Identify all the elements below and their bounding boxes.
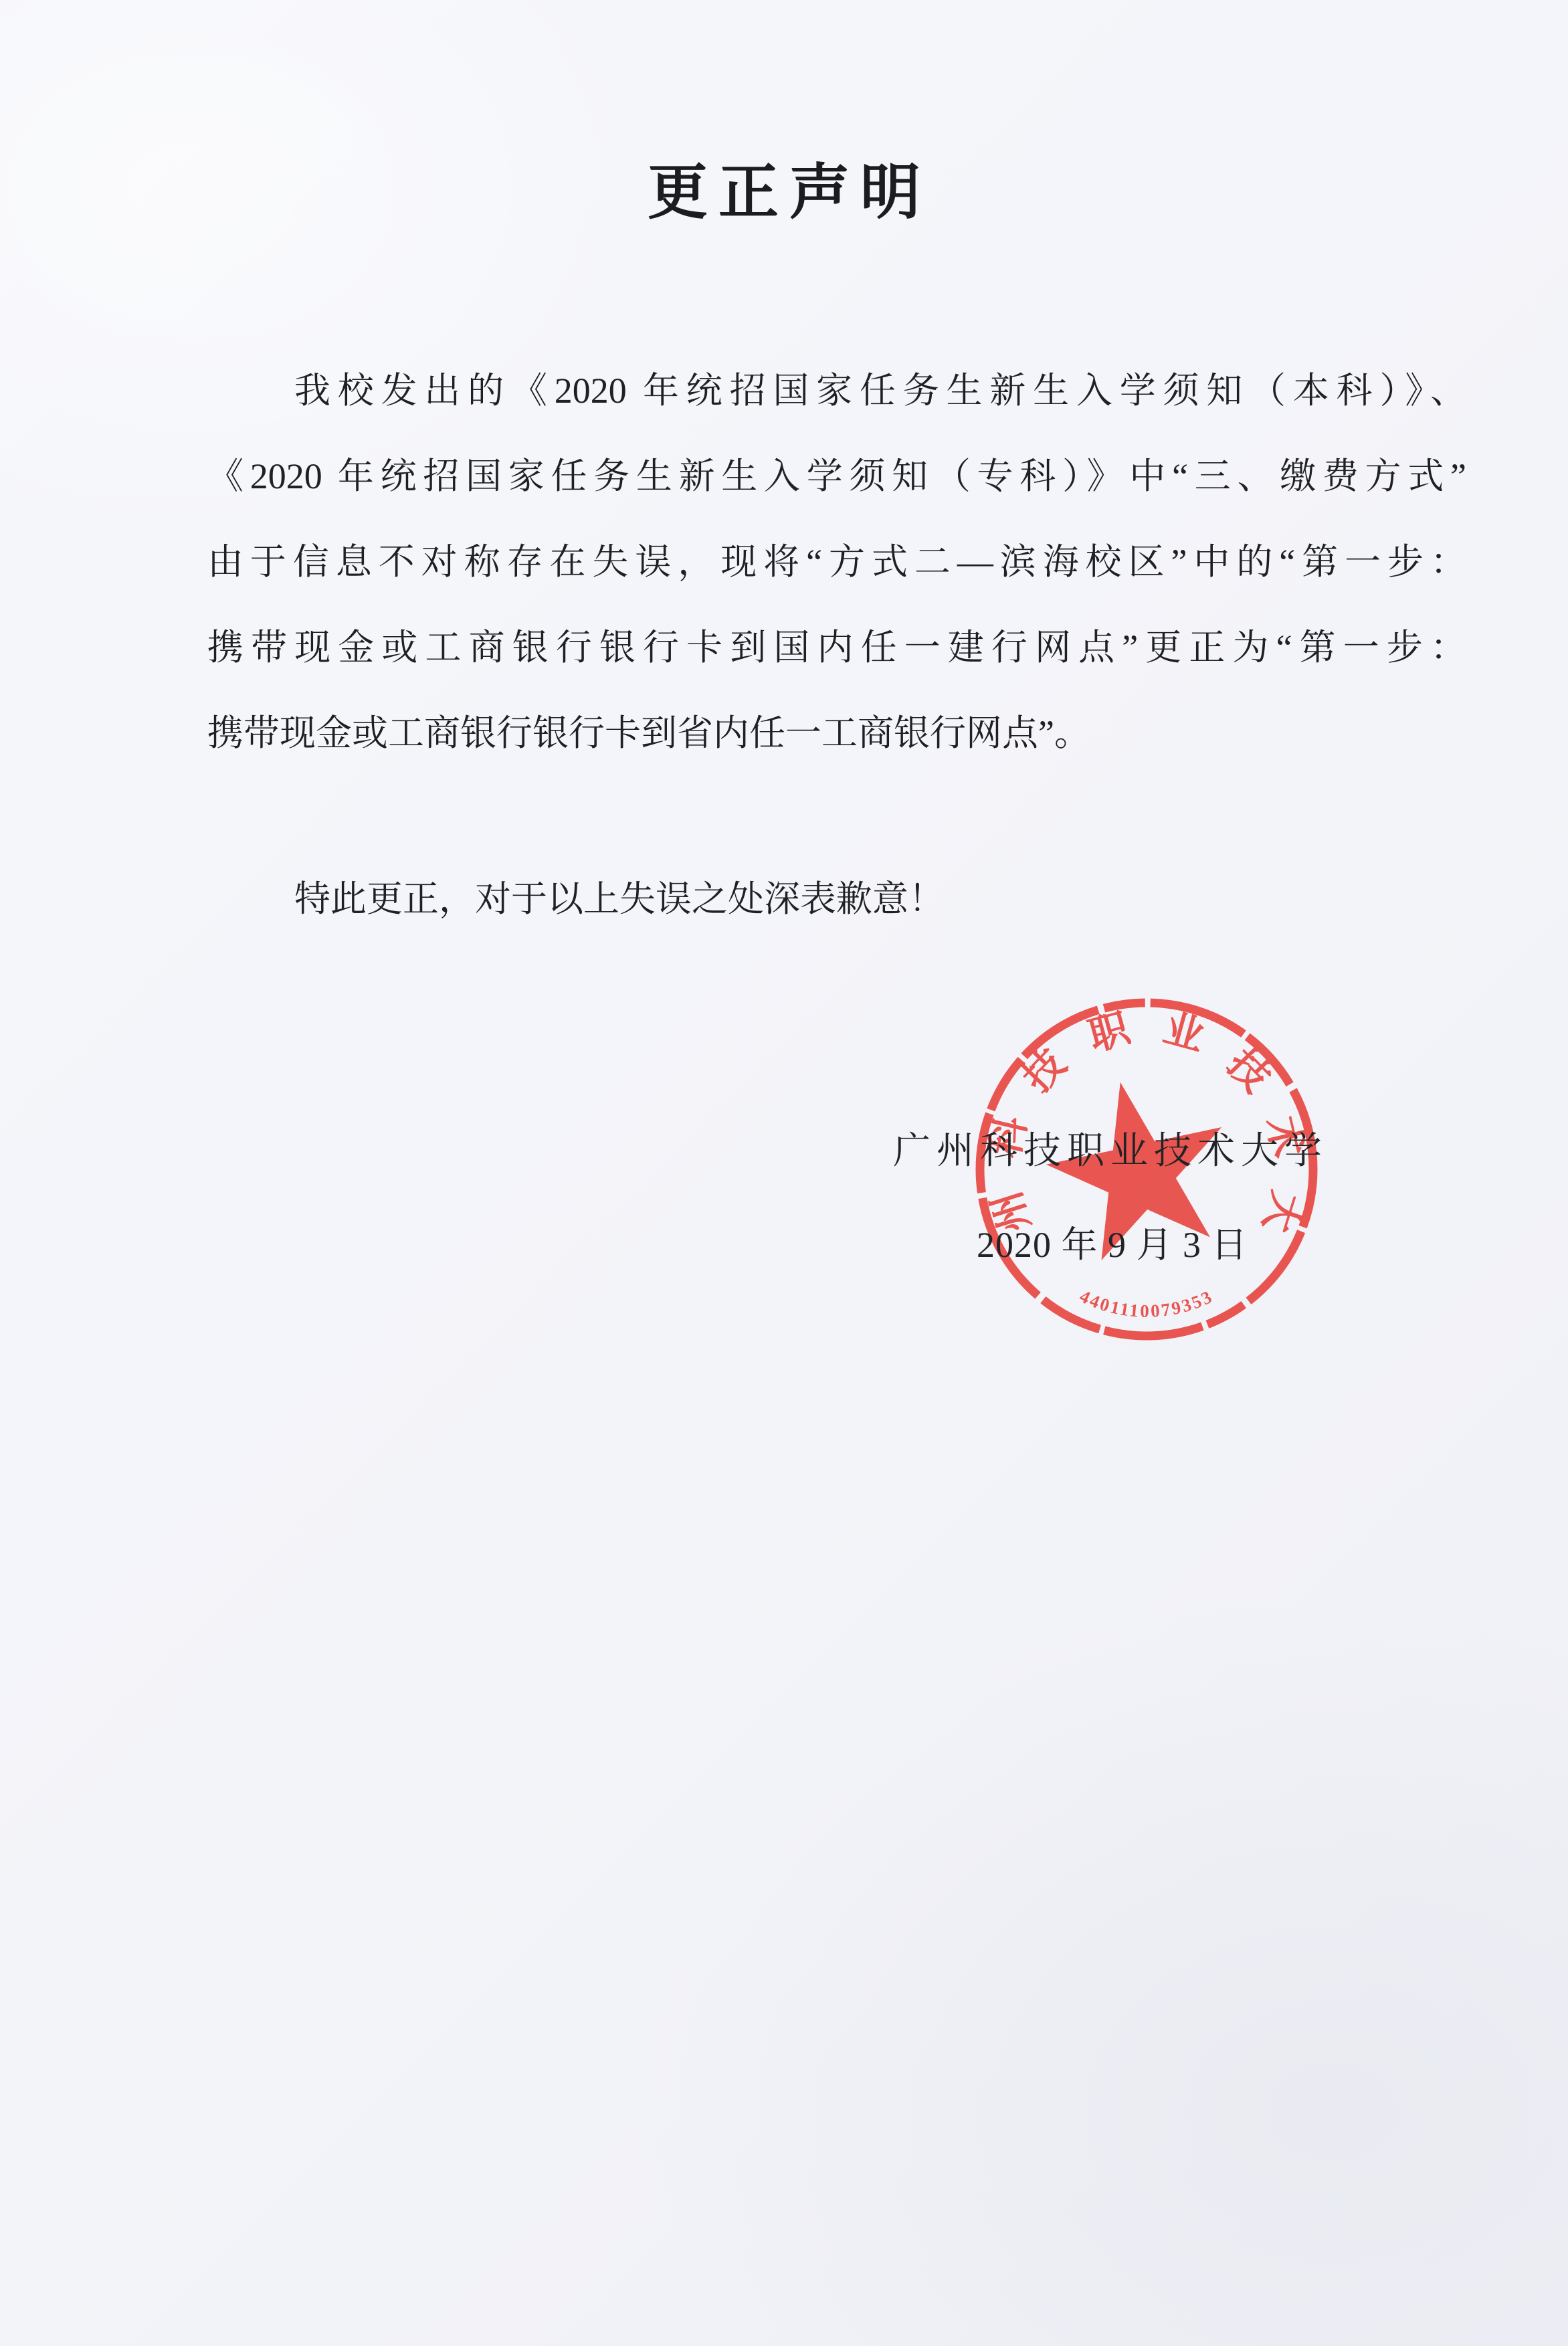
document-title: 更正声明 <box>0 143 1568 230</box>
scanned-document-page: 更正声明 我校发出的《2020 年统招国家任务生新生入学须知（本科）》、 《20… <box>0 0 1568 2346</box>
paragraph-line: 《2020 年统招国家任务生新生入学须知（专科）》中“三、缴费方式” <box>207 433 1466 519</box>
signature-date: 2020 年 9 月 3 日 <box>977 1216 1248 1268</box>
signature-organization: 广州科技职业技术大学 <box>893 1121 1328 1175</box>
paragraph-line: 携带现金或工商银行银行卡到省内任一工商银行网点”。 <box>207 690 1466 776</box>
paragraph-line: 由于信息不对称存在失误，现将“方式二—滨海校区”中的“第一步： <box>207 519 1466 605</box>
closing-statement: 特此更正，对于以上失误之处深表歉意！ <box>207 856 1466 942</box>
paragraph-line: 我校发出的《2020 年统招国家任务生新生入学须知（本科）》、 <box>207 348 1466 433</box>
main-paragraph: 我校发出的《2020 年统招国家任务生新生入学须知（本科）》、 《2020 年统… <box>207 348 1466 776</box>
paragraph-line: 携带现金或工商银行银行卡到国内任一建行网点”更正为“第一步： <box>207 605 1466 690</box>
